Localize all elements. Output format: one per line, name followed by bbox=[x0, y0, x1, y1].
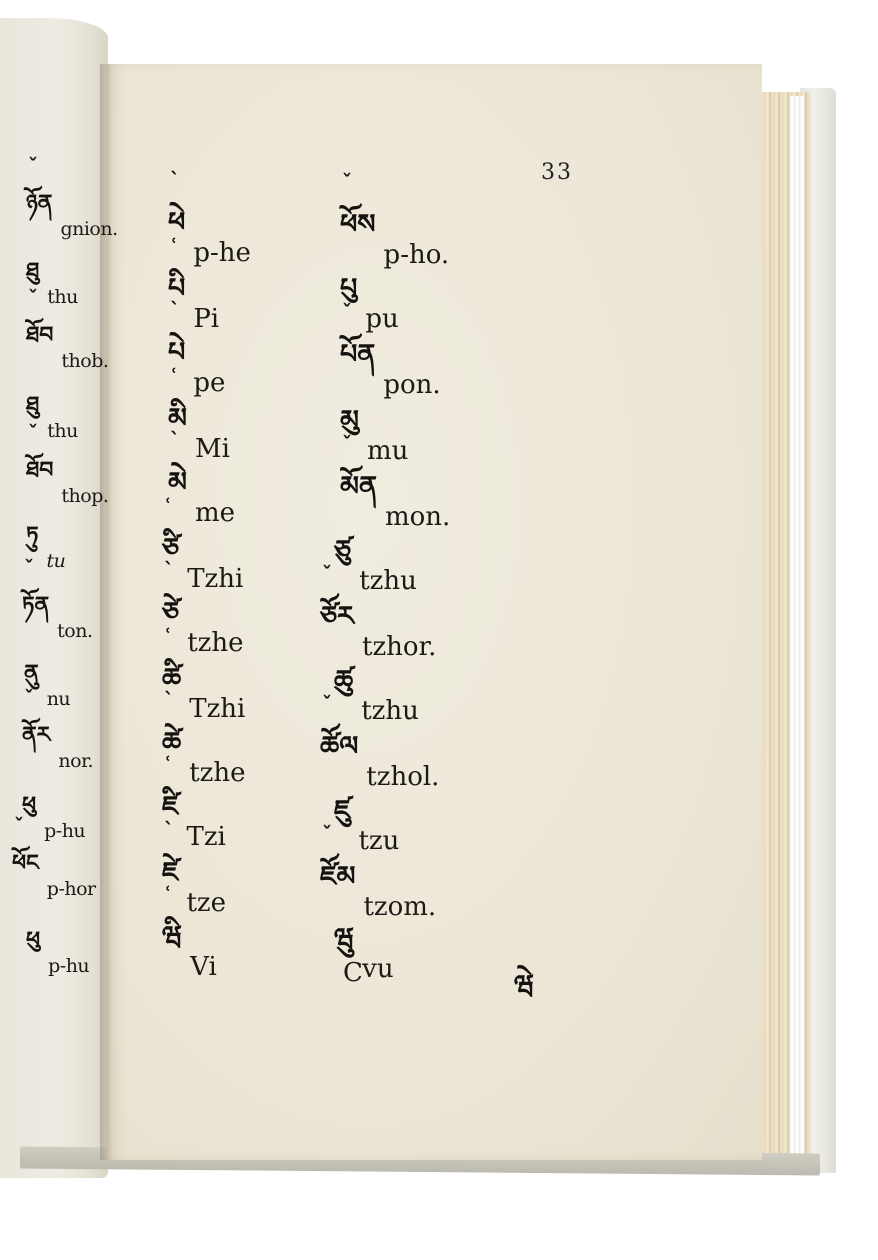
syllable-entry: `ཕེp-he bbox=[168, 192, 251, 268]
left-entry: ˇཕོངp-hor bbox=[12, 838, 96, 900]
transliteration: nu bbox=[47, 688, 70, 710]
syllable-entry: ཚུtzhu bbox=[334, 650, 419, 726]
vowel-mark-icon: ˇ bbox=[28, 288, 38, 308]
tibetan-syllable: ཚུ bbox=[334, 650, 353, 726]
left-entry: ˇཉོནgnion. bbox=[26, 178, 118, 240]
page-edges-inner bbox=[790, 96, 804, 1166]
vowel-mark-icon: ʿ bbox=[164, 626, 171, 646]
syllable-entry: ཙུtzhu bbox=[334, 520, 417, 596]
vowel-mark-icon: ʿ bbox=[164, 496, 171, 516]
vowel-mark-icon: ` bbox=[164, 690, 174, 710]
transliteration: p-hor bbox=[47, 878, 96, 900]
transliteration: nor. bbox=[58, 750, 93, 772]
vowel-mark-icon: ˇ bbox=[342, 172, 352, 192]
transliteration: Vi bbox=[190, 952, 217, 982]
vowel-mark-icon: ˇ bbox=[24, 558, 34, 578]
vowel-mark-icon: ˇ bbox=[342, 302, 352, 322]
tibetan-syllable: ˇཔོན bbox=[340, 324, 375, 400]
vowel-mark-icon: ˇ bbox=[28, 423, 38, 443]
syllable-entry: ཛུtzu bbox=[334, 780, 399, 856]
vowel-mark-icon: ʿ bbox=[164, 884, 171, 904]
tibetan-syllable: ˇཏོན bbox=[22, 580, 49, 642]
vowel-mark-icon: ` bbox=[164, 560, 174, 580]
vowel-mark-icon: ` bbox=[170, 430, 180, 450]
left-entry: ˇཏོནton. bbox=[22, 580, 93, 642]
transliteration: thu bbox=[47, 420, 78, 442]
vowel-mark-icon: ˇ bbox=[342, 434, 352, 454]
syllable-entry: ˇཔོནpon. bbox=[340, 324, 441, 400]
tibetan-syllable: ʿཝི bbox=[162, 906, 182, 982]
page-number: 33 bbox=[541, 160, 573, 185]
syllable-entry: `མེme bbox=[168, 452, 235, 528]
vowel-mark-icon: ʿ bbox=[170, 366, 177, 386]
transliteration: ton. bbox=[57, 620, 92, 642]
tibetan-syllable: ཙུ bbox=[334, 520, 351, 596]
left-entry: ཕུp-hu bbox=[22, 780, 85, 842]
tibetan-syllable: ˇཐོབ bbox=[26, 445, 53, 507]
vowel-mark-icon: ʿ bbox=[170, 236, 177, 256]
vowel-mark-icon: ˇ bbox=[322, 564, 332, 584]
vowel-mark-icon: ʿ bbox=[164, 754, 171, 774]
transliteration: p-hu bbox=[48, 955, 89, 977]
transliteration: thob. bbox=[61, 350, 108, 372]
transliteration: tu bbox=[47, 550, 66, 572]
vowel-mark-icon: ` bbox=[164, 820, 174, 840]
syllable-entry: ʿཝིVi bbox=[162, 906, 217, 982]
tibetan-syllable: ˇཕོང bbox=[12, 838, 39, 900]
vowel-mark-icon: ˇ bbox=[14, 816, 24, 836]
tibetan-syllable: ཕུ bbox=[22, 780, 36, 842]
tibetan-syllable: ˇཐོབ bbox=[26, 310, 53, 372]
left-entry: ˇཐོབthop. bbox=[26, 445, 108, 507]
vowel-mark-icon: ˇ bbox=[322, 824, 332, 844]
transliteration: thop. bbox=[61, 485, 108, 507]
vowel-mark-icon: ˇ bbox=[24, 688, 34, 708]
left-entry: ཕུp-hu bbox=[26, 915, 89, 977]
catchword: ཝེ bbox=[514, 955, 534, 1031]
vowel-mark-icon: ` bbox=[170, 300, 180, 320]
vowel-mark-icon: ` bbox=[170, 170, 180, 190]
left-entry: ˇནོརnor. bbox=[22, 710, 93, 772]
transliteration: thu bbox=[47, 286, 78, 308]
tibetan-syllable: ཛུ bbox=[334, 780, 350, 856]
syllable-entry: `ཙེtzhe bbox=[162, 582, 243, 658]
tibetan-syllable: ˇནོར bbox=[22, 710, 50, 772]
tibetan-syllable: ཕུ bbox=[26, 915, 40, 977]
vowel-mark-icon: ˇ bbox=[28, 156, 38, 176]
transliteration: gnion. bbox=[60, 218, 117, 240]
left-entry: ˇཐོབthob. bbox=[26, 310, 108, 372]
vowel-mark-icon: ˇ bbox=[322, 694, 332, 714]
signature-mark: C bbox=[343, 958, 363, 988]
transliteration: vu bbox=[362, 954, 393, 984]
tibetan-syllable: ˇཉོན bbox=[26, 178, 52, 240]
